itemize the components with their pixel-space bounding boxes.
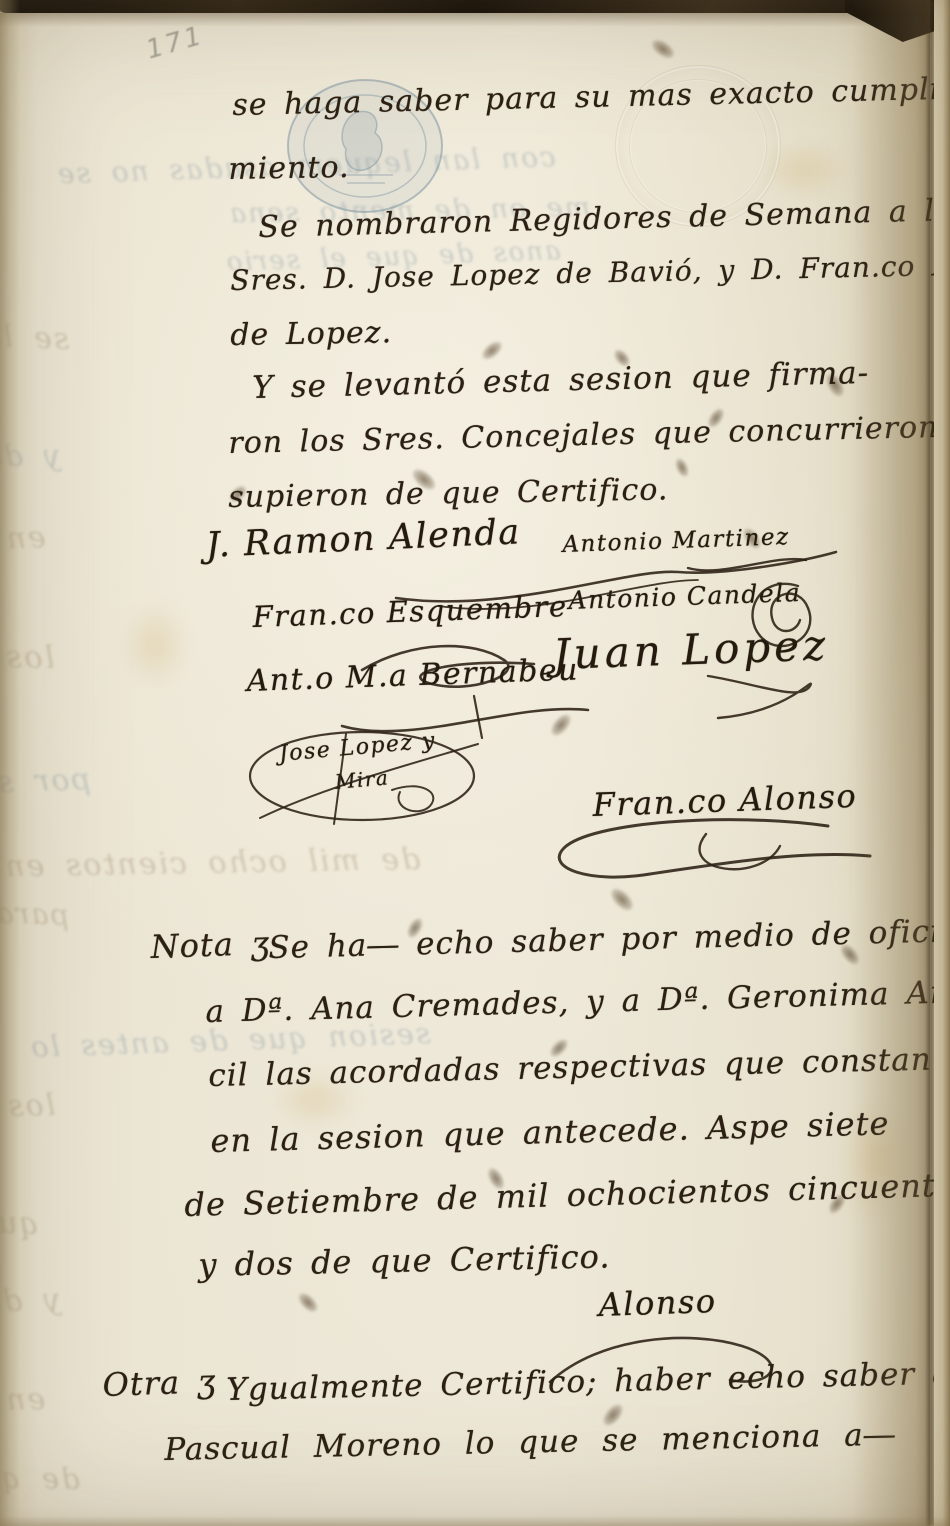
nota-label: Nota ʒ xyxy=(150,924,271,966)
page-edge-left xyxy=(0,0,20,1526)
manuscript-line: cil las acordadas respectivas que consta… xyxy=(208,1042,932,1094)
bleedthrough-text: y de seno para los entos xyxy=(0,438,61,480)
manuscript-line: Ygualmente Certifico; haber echo saber a xyxy=(226,1356,950,1408)
adjacent-page-edge xyxy=(934,0,950,1526)
ink-smudge xyxy=(295,1289,321,1315)
manuscript-line: miento. xyxy=(228,150,350,187)
page-number-pencil: 171 xyxy=(143,20,208,65)
page-edge-bottom xyxy=(0,1516,950,1526)
bleedthrough-text: se la cuenta de los quema xyxy=(0,305,70,357)
bleedthrough-text: de que se dara razon xyxy=(0,1455,80,1496)
manuscript-line: Sres. D. Jose Lopez de Bavió, y D. Fran.… xyxy=(230,248,950,297)
bleedthrough-text: por sema de los cuando xyxy=(0,762,91,812)
paper-stain xyxy=(760,140,850,200)
paper-stain xyxy=(120,600,190,690)
signature-rubric-flourish xyxy=(698,666,818,724)
otra-label: Otra ʒ xyxy=(102,1362,217,1404)
page-edge-top xyxy=(0,0,950,13)
manuscript-line: Se ha― echo saber por medio de oficio xyxy=(268,913,950,966)
manuscript-line: a Dª. Ana Cremades, y a Dª. Geronima An- xyxy=(205,974,950,1030)
manuscript-line: Pascual Moreno lo que se menciona a― xyxy=(164,1417,896,1468)
bleedthrough-text: los seno de aqua entre xyxy=(0,1088,56,1130)
bleedthrough-text: en cuanto de las mas se xyxy=(0,1382,46,1425)
signature-rubric-oval xyxy=(242,726,482,828)
manuscript-line: en la sesion que antecede. Aspe siete xyxy=(210,1104,890,1160)
signature-rubric-flourish xyxy=(528,812,880,892)
bleedthrough-text: y de los que sean como xyxy=(0,1282,61,1332)
manuscript-line: se haga saber para su mas exacto cumpli- xyxy=(232,72,950,123)
bleedthrough-text: que se hace de los menos xyxy=(0,1189,40,1242)
signature-alonso: Alonso xyxy=(598,1282,717,1324)
manuscript-line: ron los Sres. Concejales que concurriero… xyxy=(228,409,950,461)
bleedthrough-text: los que de esta villa sean xyxy=(0,632,55,676)
manuscript-line: supieron de que Certifico. xyxy=(228,472,669,515)
signature-rubric-flourish xyxy=(682,548,812,578)
page-edge-top-shadow xyxy=(0,13,950,27)
ink-smudge xyxy=(479,338,506,363)
manuscript-line: Se nombraron Regidores de Semana a los xyxy=(258,193,950,245)
manuscript-line: de Setiembre de mil ochocientos cincuent… xyxy=(184,1166,950,1224)
bleedthrough-text: de mil ocho cientos en xyxy=(3,842,421,884)
manuscript-line: de Lopez. xyxy=(230,315,392,353)
ink-smudge xyxy=(648,36,677,62)
manuscript-line: y dos de que Certifico. xyxy=(198,1237,611,1284)
ink-smudge xyxy=(673,456,691,479)
manuscript-page: con lan lequem asadas no se me on de men… xyxy=(0,0,950,1526)
manuscript-line: Y se levantó esta sesion que firma- xyxy=(252,355,870,406)
bleedthrough-text: en el anterior de mos xyxy=(0,520,46,569)
bleedthrough-text: para que de ellos se xyxy=(0,885,70,932)
